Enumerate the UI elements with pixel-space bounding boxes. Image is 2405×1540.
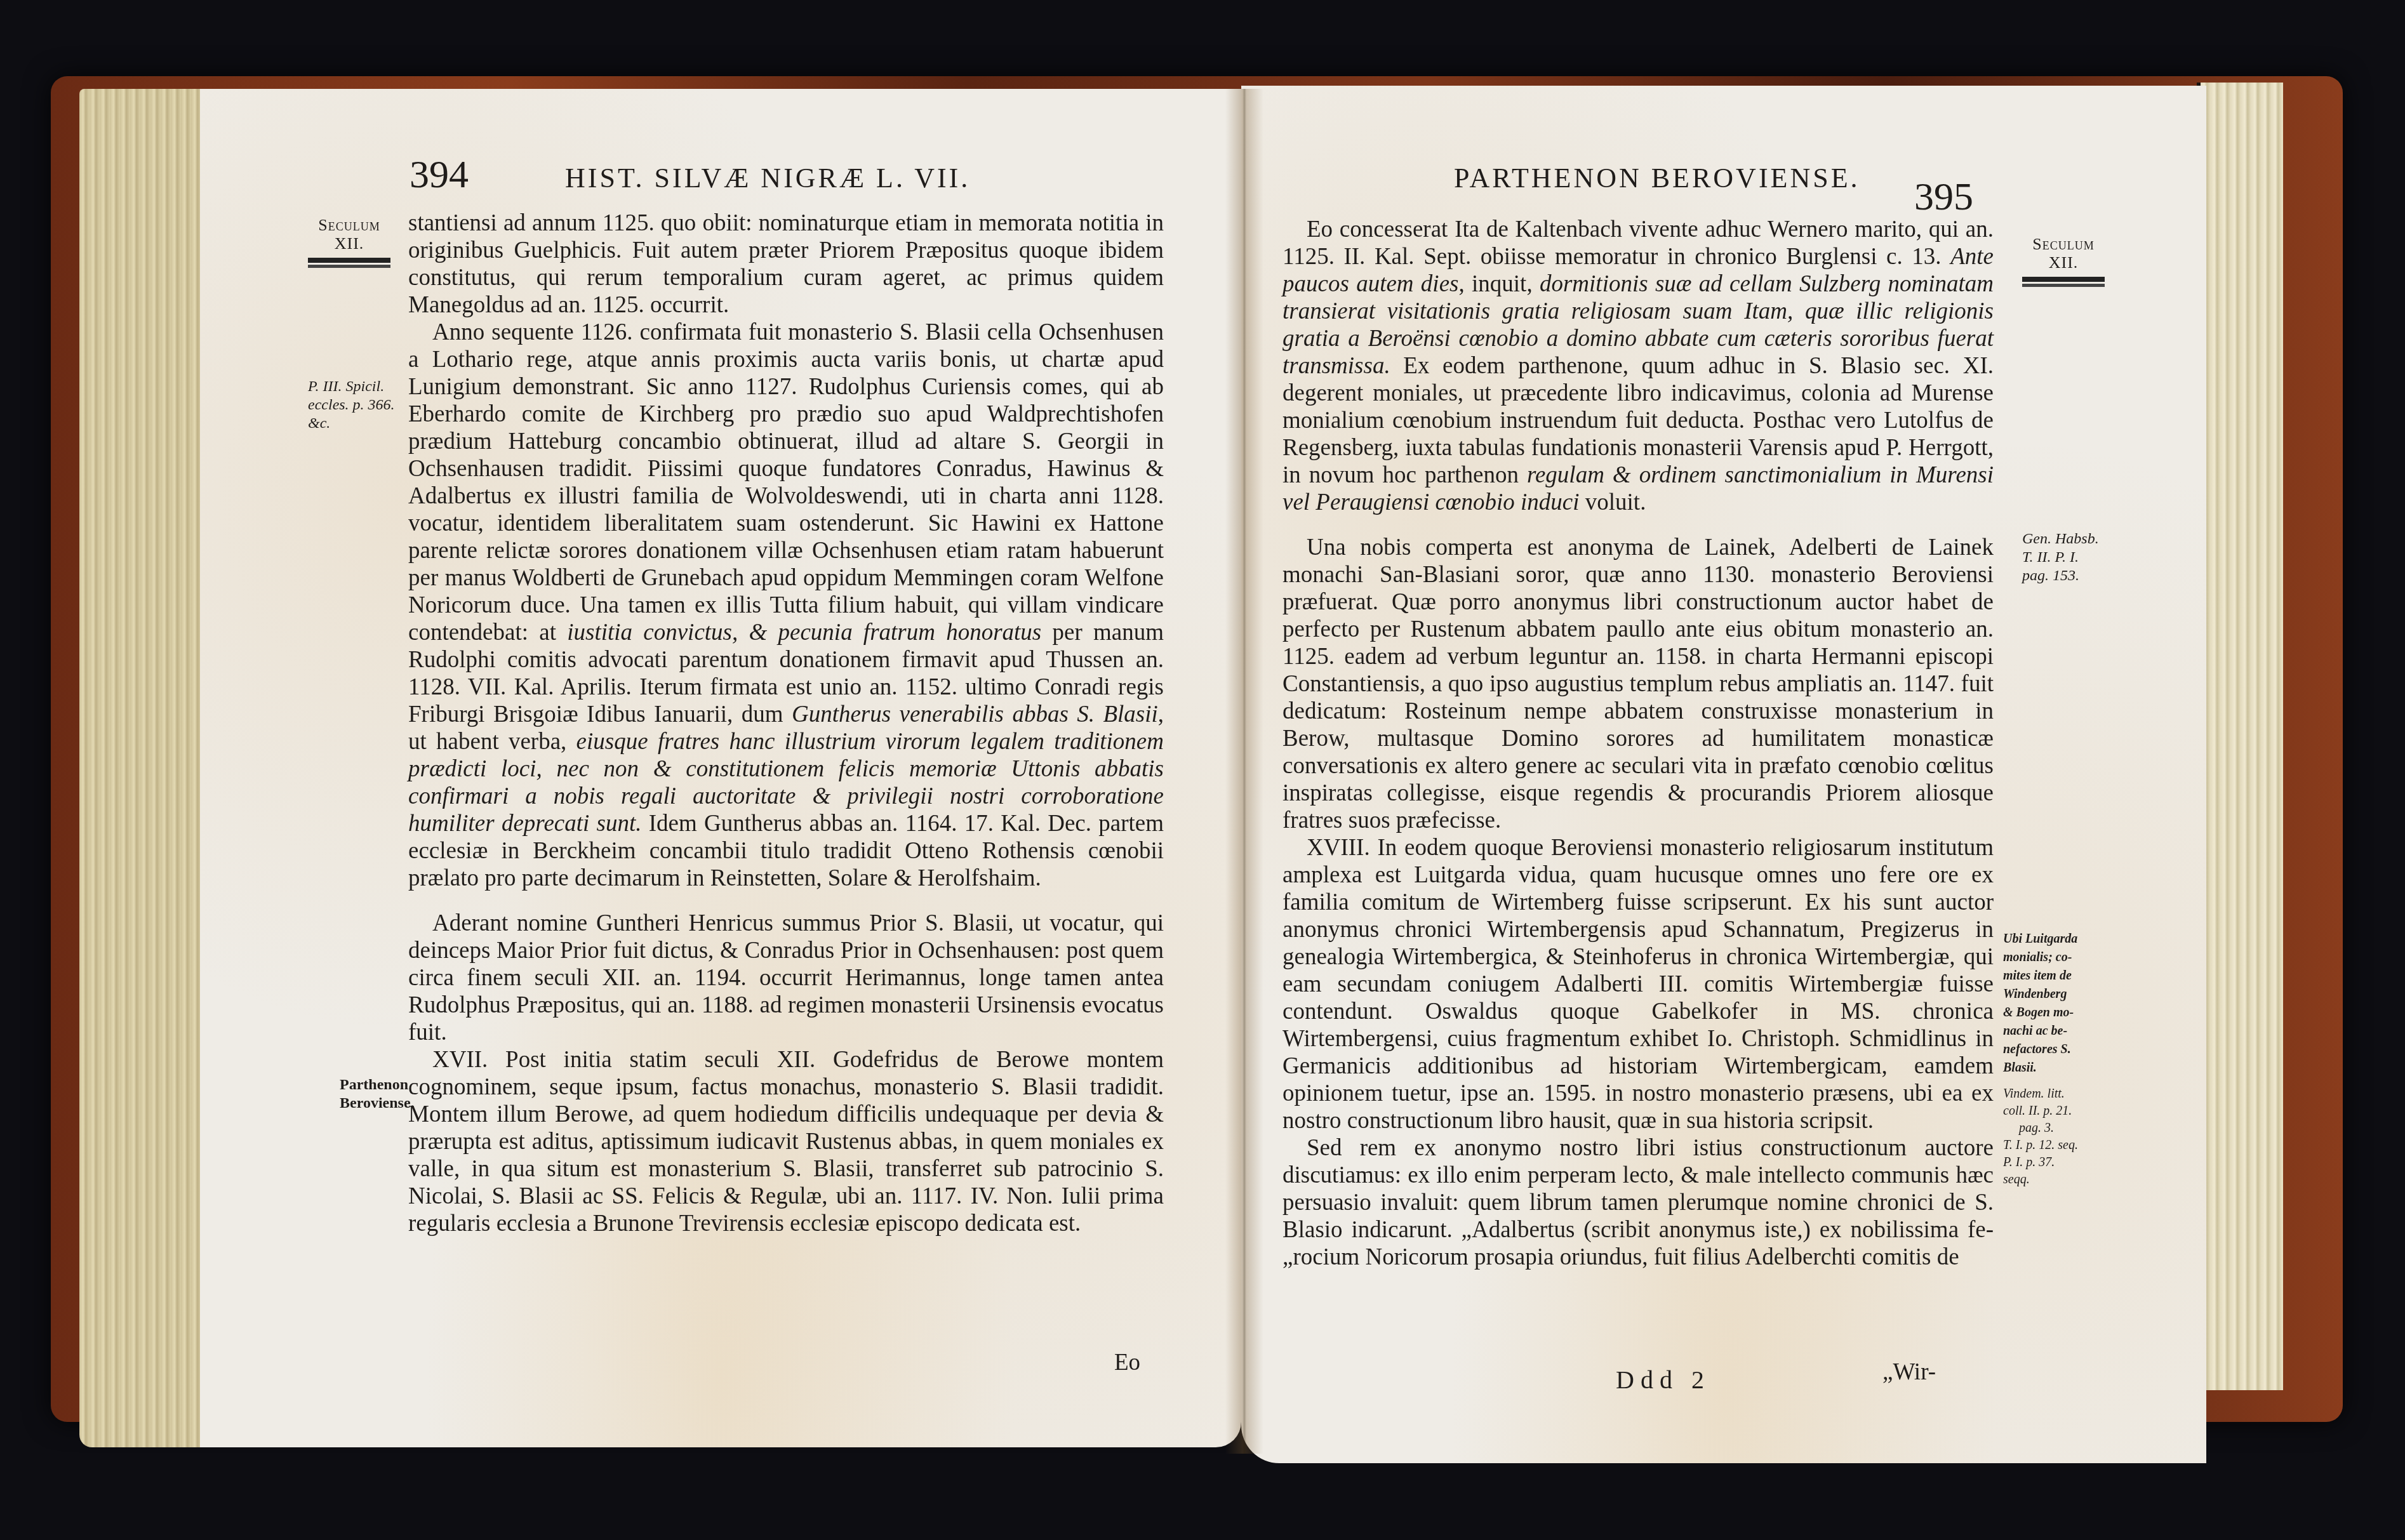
margin-note-line: Gen. Habsb. [2022,530,2111,548]
margin-note-line: Beroviense. [340,1094,410,1113]
margin-note-reference: P. III. Spicil. eccles. p. 366. &c. [308,378,397,433]
margin-note-line: & Bogen mo- [2003,1004,2098,1022]
margin-note-line: XII. [308,234,390,253]
margin-note-line: Windenberg [2003,985,2098,1004]
margin-rule [308,258,390,265]
margin-note-line: mites item de [2003,967,2098,985]
text-run: voluit. [1580,489,1646,515]
margin-note-line: coll. II. p. 21. [2003,1103,2098,1120]
margin-note-line: eccles. p. 366. [308,396,397,415]
right-page-edges [2197,83,2283,1390]
page-number: 394 [410,152,469,197]
paragraph: Aderant nomine Guntheri Henricus summus … [408,910,1164,1046]
text-run: Anno sequente 1126. confirmata fuit mona… [408,319,1164,646]
margin-note-line: T. II. P. I. [2022,548,2111,567]
margin-note-reference: Gen. Habsb. T. II. P. I. pag. 153. [2022,530,2111,585]
paragraph-section-xviii: XVIII. In eodem quoque Beroviensi monast… [1282,834,1994,1134]
margin-note-line: Seculum [308,216,390,234]
margin-note-line: Vindem. litt. [2003,1085,2098,1103]
margin-note-line: XII. [2022,253,2105,272]
margin-note-line: Ubi Luitgarda [2003,930,2098,948]
catchword: „Wir- [1882,1358,1936,1386]
margin-note-line: seqq. [2003,1171,2098,1188]
paragraph: Anno sequente 1126. confirmata fuit mona… [408,319,1164,892]
book-gutter [1225,89,1263,1454]
paragraph-section-xvii: XVII. Post initia statim seculi XII. God… [408,1046,1164,1237]
margin-note-line: Blasii. [2003,1059,2098,1077]
margin-note-seculum: Seculum XII. [2022,235,2105,284]
margin-note-parthenon: Parthenon Beroviense. [340,1076,410,1113]
running-head: PARTHENON BEROVIENSE. [1454,162,1860,194]
paragraph: Sed rem ex anonymo nostro libri istius c… [1282,1134,1994,1271]
margin-note-line: monialis; co- [2003,948,2098,967]
margin-note-luitgarda: Ubi Luitgarda monialis; co- mites item d… [2003,930,2098,1077]
margin-note-line: nachi ac be- [2003,1022,2098,1040]
margin-note-line: pag. 3. [2003,1120,2098,1137]
margin-note-line: Parthenon [340,1076,410,1094]
margin-note-line: P. III. Spicil. [308,378,397,396]
signature-mark: Ddd 2 [1616,1365,1710,1395]
italic-quote: Guntherus venerabilis abbas S. Blasii [792,701,1158,727]
text-run: Eo concesserat Ita de Kaltenbach vivente… [1282,216,1994,270]
margin-note-line: P. I. p. 37. [2003,1154,2098,1171]
catchword: Eo [1114,1349,1140,1376]
italic-quote: iustitia convictus, & pecunia fratrum ho… [567,620,1041,646]
paragraph: stantiensi ad annum 1125. quo obiit: nom… [408,209,1164,319]
paragraph: Eo concesserat Ita de Kaltenbach vivente… [1282,216,1994,516]
text-run: , inquit, [1458,271,1539,297]
paragraph: Una nobis comperta est anonyma de Lainek… [1282,534,1994,834]
margin-note-line: &c. [308,415,397,433]
right-page: PARTHENON BEROVIENSE. 395 Seculum XII. G… [1241,86,2206,1463]
margin-note-vindem: Vindem. litt. coll. II. p. 21. pag. 3. T… [2003,1085,2098,1188]
left-body-text: stantiensi ad annum 1125. quo obiit: nom… [408,209,1164,1237]
page-number: 395 [1914,175,1973,220]
margin-note-line: T. I. p. 12. seq. [2003,1137,2098,1154]
margin-note-line: nefactores S. [2003,1040,2098,1059]
margin-note-line: pag. 153. [2022,567,2111,585]
margin-note-seculum: Seculum XII. [308,216,390,265]
right-body-text: Eo concesserat Ita de Kaltenbach vivente… [1282,216,1994,1271]
margin-note-line: Seculum [2022,235,2105,253]
left-page: 394 HIST. SILVÆ NIGRÆ L. VII. Seculum XI… [200,89,1241,1447]
running-head: HIST. SILVÆ NIGRÆ L. VII. [565,162,970,194]
margin-rule [2022,277,2105,284]
